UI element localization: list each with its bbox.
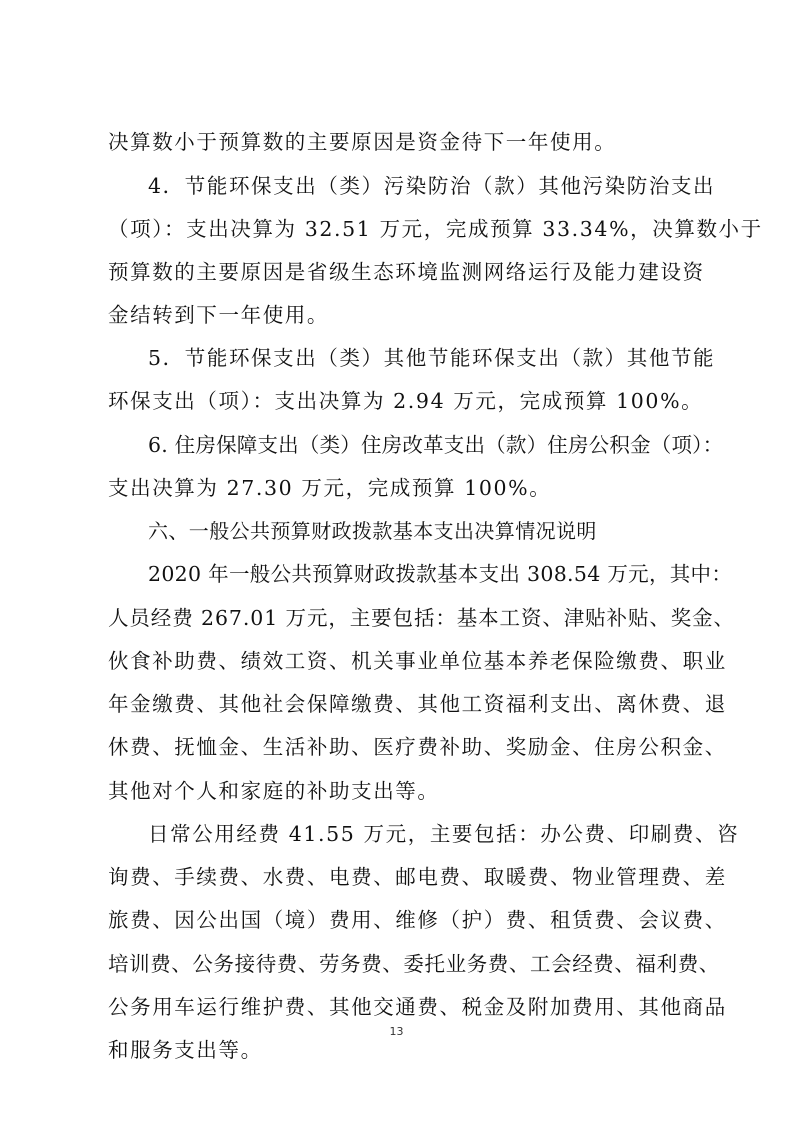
paragraph-line: 培训费、公务接待费、劳务费、委托业务费、工会经费、福利费、: [108, 950, 688, 978]
paragraph-line: 伙食补助费、绩效工资、机关事业单位基本养老保险缴费、职业: [108, 647, 688, 675]
paragraph-line: 预算数的主要原因是省级生态环境监测网络运行及能力建设资: [108, 258, 688, 286]
paragraph-line: 支出决算为 27.30 万元，完成预算 100%。: [108, 474, 688, 502]
paragraph-line: 和服务支出等。: [108, 1036, 688, 1064]
paragraph-line: 人员经费 267.01 万元，主要包括：基本工资、津贴补贴、奖金、: [108, 604, 688, 632]
paragraph-line: 5．节能环保支出（类）其他节能环保支出（款）其他节能: [148, 344, 688, 372]
paragraph-line: 旅费、因公出国（境）费用、维修（护）费、租赁费、会议费、: [108, 906, 688, 934]
paragraph-line: （项）：支出决算为 32.51 万元，完成预算 33.34%，决算数小于: [108, 215, 688, 243]
paragraph-line: 环保支出（项）：支出决算为 2.94 万元，完成预算 100%。: [108, 387, 688, 415]
page-number: 13: [0, 1025, 793, 1038]
paragraph-line: 日常公用经费 41.55 万元，主要包括：办公费、印刷费、咨: [148, 820, 688, 848]
paragraph-line: 年金缴费、其他社会保障缴费、其他工资福利支出、离休费、退: [108, 690, 688, 718]
paragraph-line: 询费、手续费、水费、电费、邮电费、取暖费、物业管理费、差: [108, 863, 688, 891]
paragraph-line: 金结转到下一年使用。: [108, 301, 688, 329]
paragraph-line: 2020 年一般公共预算财政拨款基本支出 308.54 万元，其中：: [148, 560, 688, 588]
paragraph-line: 4．节能环保支出（类）污染防治（款）其他污染防治支出: [148, 172, 688, 200]
paragraph-line: 6. 住房保障支出（类）住房改革支出（款）住房公积金（项）：: [148, 431, 688, 459]
paragraph-line: 休费、抚恤金、生活补助、医疗费补助、奖励金、住房公积金、: [108, 733, 688, 761]
paragraph-line: 决算数小于预算数的主要原因是资金待下一年使用。: [108, 128, 688, 156]
document-page: 决算数小于预算数的主要原因是资金待下一年使用。 4．节能环保支出（类）污染防治（…: [0, 0, 793, 1122]
paragraph-line: 公务用车运行维护费、其他交通费、税金及附加费用、其他商品: [108, 993, 688, 1021]
paragraph-line: 其他对个人和家庭的补助支出等。: [108, 777, 688, 805]
section-heading: 六、一般公共预算财政拨款基本支出决算情况说明: [148, 517, 688, 545]
